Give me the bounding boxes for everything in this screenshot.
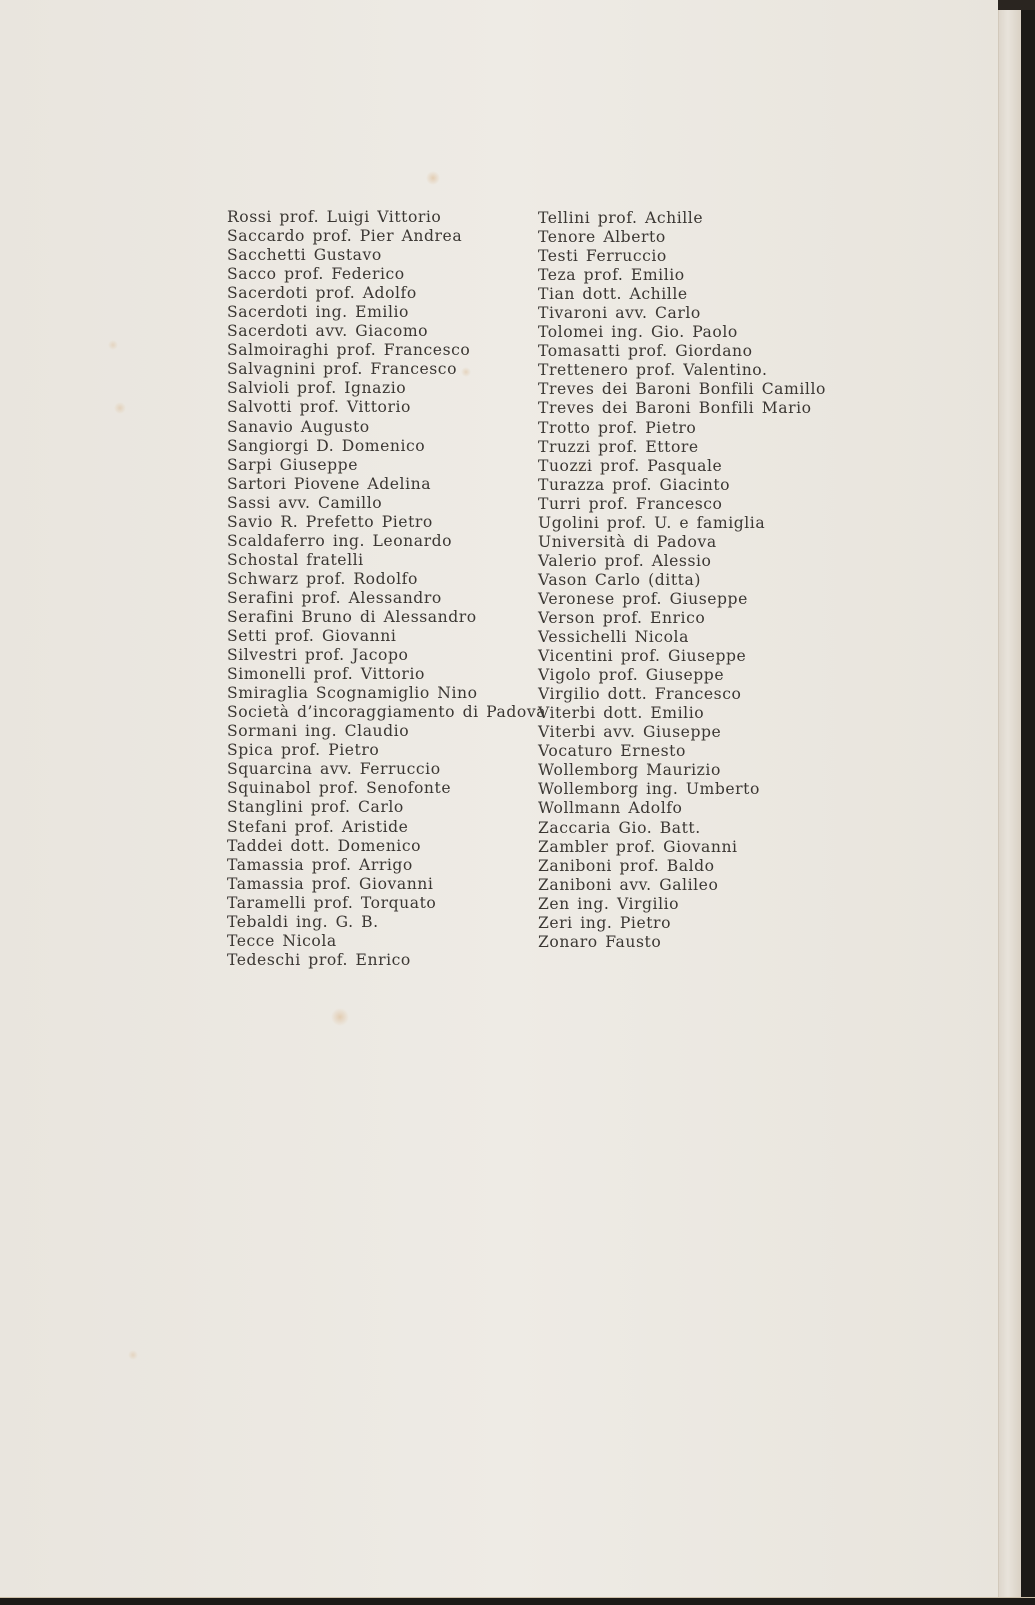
list-item: Virgilio dott. Francesco	[538, 685, 826, 704]
list-item: Squinabol prof. Senofonte	[227, 779, 546, 798]
list-item: Zen ing. Virgilio	[538, 895, 826, 914]
list-item: Trotto prof. Pietro	[538, 419, 826, 438]
list-item: Sanavio Augusto	[227, 418, 546, 437]
list-item: Setti prof. Giovanni	[227, 627, 546, 646]
scan-border-bottom	[0, 1597, 1035, 1605]
list-item: Zeri ing. Pietro	[538, 914, 826, 933]
list-item: Tian dott. Achille	[538, 285, 826, 304]
list-item: Zaniboni avv. Galileo	[538, 876, 826, 895]
list-item: Wollemborg Maurizio	[538, 761, 826, 780]
list-item: Treves dei Baroni Bonfili Camillo	[538, 380, 826, 399]
list-item: Smiraglia Scognamiglio Nino	[227, 684, 546, 703]
list-item: Testi Ferruccio	[538, 247, 826, 266]
list-item: Stefani prof. Aristide	[227, 818, 546, 837]
list-item: Tamassia prof. Giovanni	[227, 875, 546, 894]
list-item: Trettenero prof. Valentino.	[538, 361, 826, 380]
list-item: Zonaro Fausto	[538, 933, 826, 952]
list-item: Veronese prof. Giuseppe	[538, 590, 826, 609]
list-item: Tomasatti prof. Giordano	[538, 342, 826, 361]
list-item: Savio R. Prefetto Pietro	[227, 513, 546, 532]
list-item: Sangiorgi D. Domenico	[227, 437, 546, 456]
list-item: Tebaldi ing. G. B.	[227, 913, 546, 932]
list-item: Viterbi avv. Giuseppe	[538, 723, 826, 742]
list-item: Treves dei Baroni Bonfili Mario	[538, 399, 826, 418]
list-item: Zambler prof. Giovanni	[538, 838, 826, 857]
list-item: Vicentini prof. Giuseppe	[538, 647, 826, 666]
list-item: Stanglini prof. Carlo	[227, 798, 546, 817]
list-item: Sacerdoti prof. Adolfo	[227, 284, 546, 303]
list-item: Sartori Piovene Adelina	[227, 475, 546, 494]
list-item: Sacerdoti avv. Giacomo	[227, 322, 546, 341]
list-item: Tellini prof. Achille	[538, 209, 826, 228]
list-item: Tivaroni avv. Carlo	[538, 304, 826, 323]
list-item: Università di Padova	[538, 533, 826, 552]
list-item: Tedeschi prof. Enrico	[227, 951, 546, 970]
list-item: Spica prof. Pietro	[227, 741, 546, 760]
list-item: Sacco prof. Federico	[227, 265, 546, 284]
list-item: Serafini prof. Alessandro	[227, 589, 546, 608]
list-item: Vessichelli Nicola	[538, 628, 826, 647]
list-item: Società d’incoraggiamento di Padova	[227, 703, 546, 722]
list-item: Vocaturo Ernesto	[538, 742, 826, 761]
scanned-page: Rossi prof. Luigi Vittorio Saccardo prof…	[0, 0, 1020, 1597]
list-item: Turri prof. Francesco	[538, 495, 826, 514]
list-item: Tuozzi prof. Pasquale	[538, 457, 826, 476]
list-item: Salvioli prof. Ignazio	[227, 379, 546, 398]
list-item: Turazza prof. Giacinto	[538, 476, 826, 495]
name-list-right-column: Tellini prof. Achille Tenore Alberto Tes…	[538, 209, 826, 952]
list-item: Tamassia prof. Arrigo	[227, 856, 546, 875]
list-item: Squarcina avv. Ferruccio	[227, 760, 546, 779]
list-item: Salmoiraghi prof. Francesco	[227, 341, 546, 360]
list-item: Silvestri prof. Jacopo	[227, 646, 546, 665]
name-list-left-column: Rossi prof. Luigi Vittorio Saccardo prof…	[227, 208, 546, 970]
list-item: Viterbi dott. Emilio	[538, 704, 826, 723]
list-item: Tolomei ing. Gio. Paolo	[538, 323, 826, 342]
list-item: Sacerdoti ing. Emilio	[227, 303, 546, 322]
list-item: Ugolini prof. U. e famiglia	[538, 514, 826, 533]
list-item: Taddei dott. Domenico	[227, 837, 546, 856]
page-stack-edge	[998, 10, 1021, 1597]
list-item: Schwarz prof. Rodolfo	[227, 570, 546, 589]
list-item: Zaccaria Gio. Batt.	[538, 819, 826, 838]
list-item: Tenore Alberto	[538, 228, 826, 247]
list-item: Salvagnini prof. Francesco	[227, 360, 546, 379]
list-item: Wollmann Adolfo	[538, 799, 826, 818]
list-item: Teza prof. Emilio	[538, 266, 826, 285]
list-item: Salvotti prof. Vittorio	[227, 398, 546, 417]
list-item: Saccardo prof. Pier Andrea	[227, 227, 546, 246]
list-item: Scaldaferro ing. Leonardo	[227, 532, 546, 551]
list-item: Truzzi prof. Ettore	[538, 438, 826, 457]
binding-shadow-top	[998, 0, 1035, 10]
list-item: Sassi avv. Camillo	[227, 494, 546, 513]
list-item: Sacchetti Gustavo	[227, 246, 546, 265]
list-item: Vason Carlo (ditta)	[538, 571, 826, 590]
list-item: Sarpi Giuseppe	[227, 456, 546, 475]
list-item: Taramelli prof. Torquato	[227, 894, 546, 913]
list-item: Rossi prof. Luigi Vittorio	[227, 208, 546, 227]
list-item: Zaniboni prof. Baldo	[538, 857, 826, 876]
list-item: Simonelli prof. Vittorio	[227, 665, 546, 684]
list-item: Tecce Nicola	[227, 932, 546, 951]
list-item: Schostal fratelli	[227, 551, 546, 570]
list-item: Valerio prof. Alessio	[538, 552, 826, 571]
list-item: Vigolo prof. Giuseppe	[538, 666, 826, 685]
list-item: Wollemborg ing. Umberto	[538, 780, 826, 799]
list-item: Sormani ing. Claudio	[227, 722, 546, 741]
list-item: Verson prof. Enrico	[538, 609, 826, 628]
list-item: Serafini Bruno di Alessandro	[227, 608, 546, 627]
